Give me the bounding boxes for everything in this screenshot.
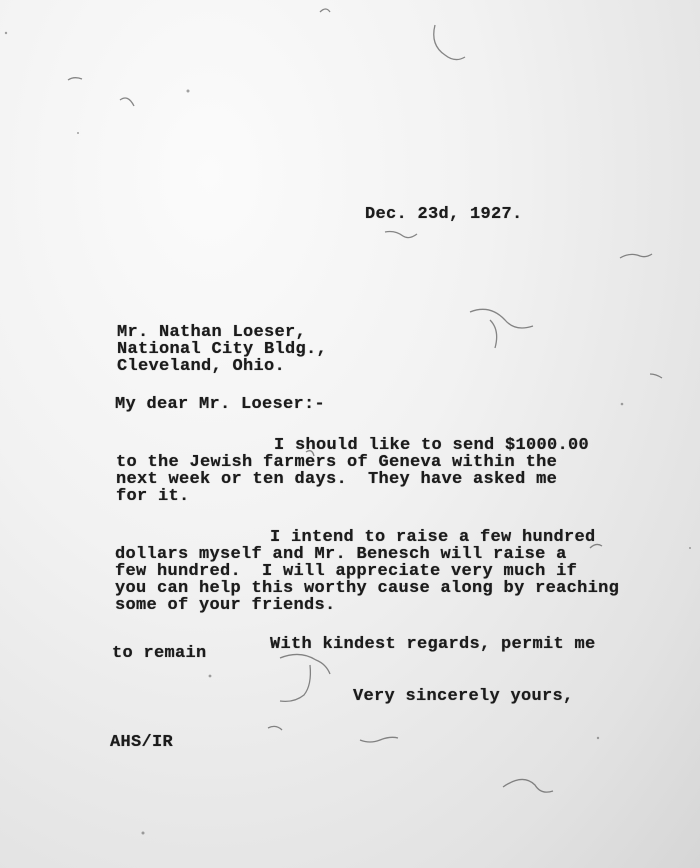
recipient-city: Cleveland, Ohio. — [117, 358, 285, 375]
paragraph1-line: to the Jewish farmers of Geneva within t… — [116, 454, 557, 471]
paragraph1-line: I should like to send $1000.00 — [274, 437, 589, 454]
paper-fibers-decoration — [0, 0, 700, 868]
letter-page: Dec. 23d, 1927. Mr. Nathan Loeser, Natio… — [0, 0, 700, 868]
paragraph2-line: dollars myself and Mr. Benesch will rais… — [115, 546, 567, 563]
paragraph2-line: I intend to raise a few hundred — [270, 529, 596, 546]
salutation: My dear Mr. Loeser:- — [115, 396, 325, 413]
paragraph1-line: next week or ten days. They have asked m… — [116, 471, 557, 488]
recipient-name: Mr. Nathan Loeser, — [117, 324, 306, 341]
letter-date: Dec. 23d, 1927. — [365, 206, 523, 223]
signoff: Very sincerely yours, — [353, 688, 574, 705]
paragraph2-line: few hundred. I will appreciate very much… — [115, 563, 577, 580]
recipient-address-line: National City Bldg., — [117, 341, 327, 358]
closing-line: With kindest regards, permit me — [270, 636, 596, 653]
paragraph1-line: for it. — [116, 488, 190, 505]
paragraph2-line: you can help this worthy cause along by … — [115, 580, 619, 597]
paragraph2-line: some of your friends. — [115, 597, 336, 614]
closing-line: to remain — [112, 645, 207, 662]
typist-initials: AHS/IR — [110, 734, 173, 751]
